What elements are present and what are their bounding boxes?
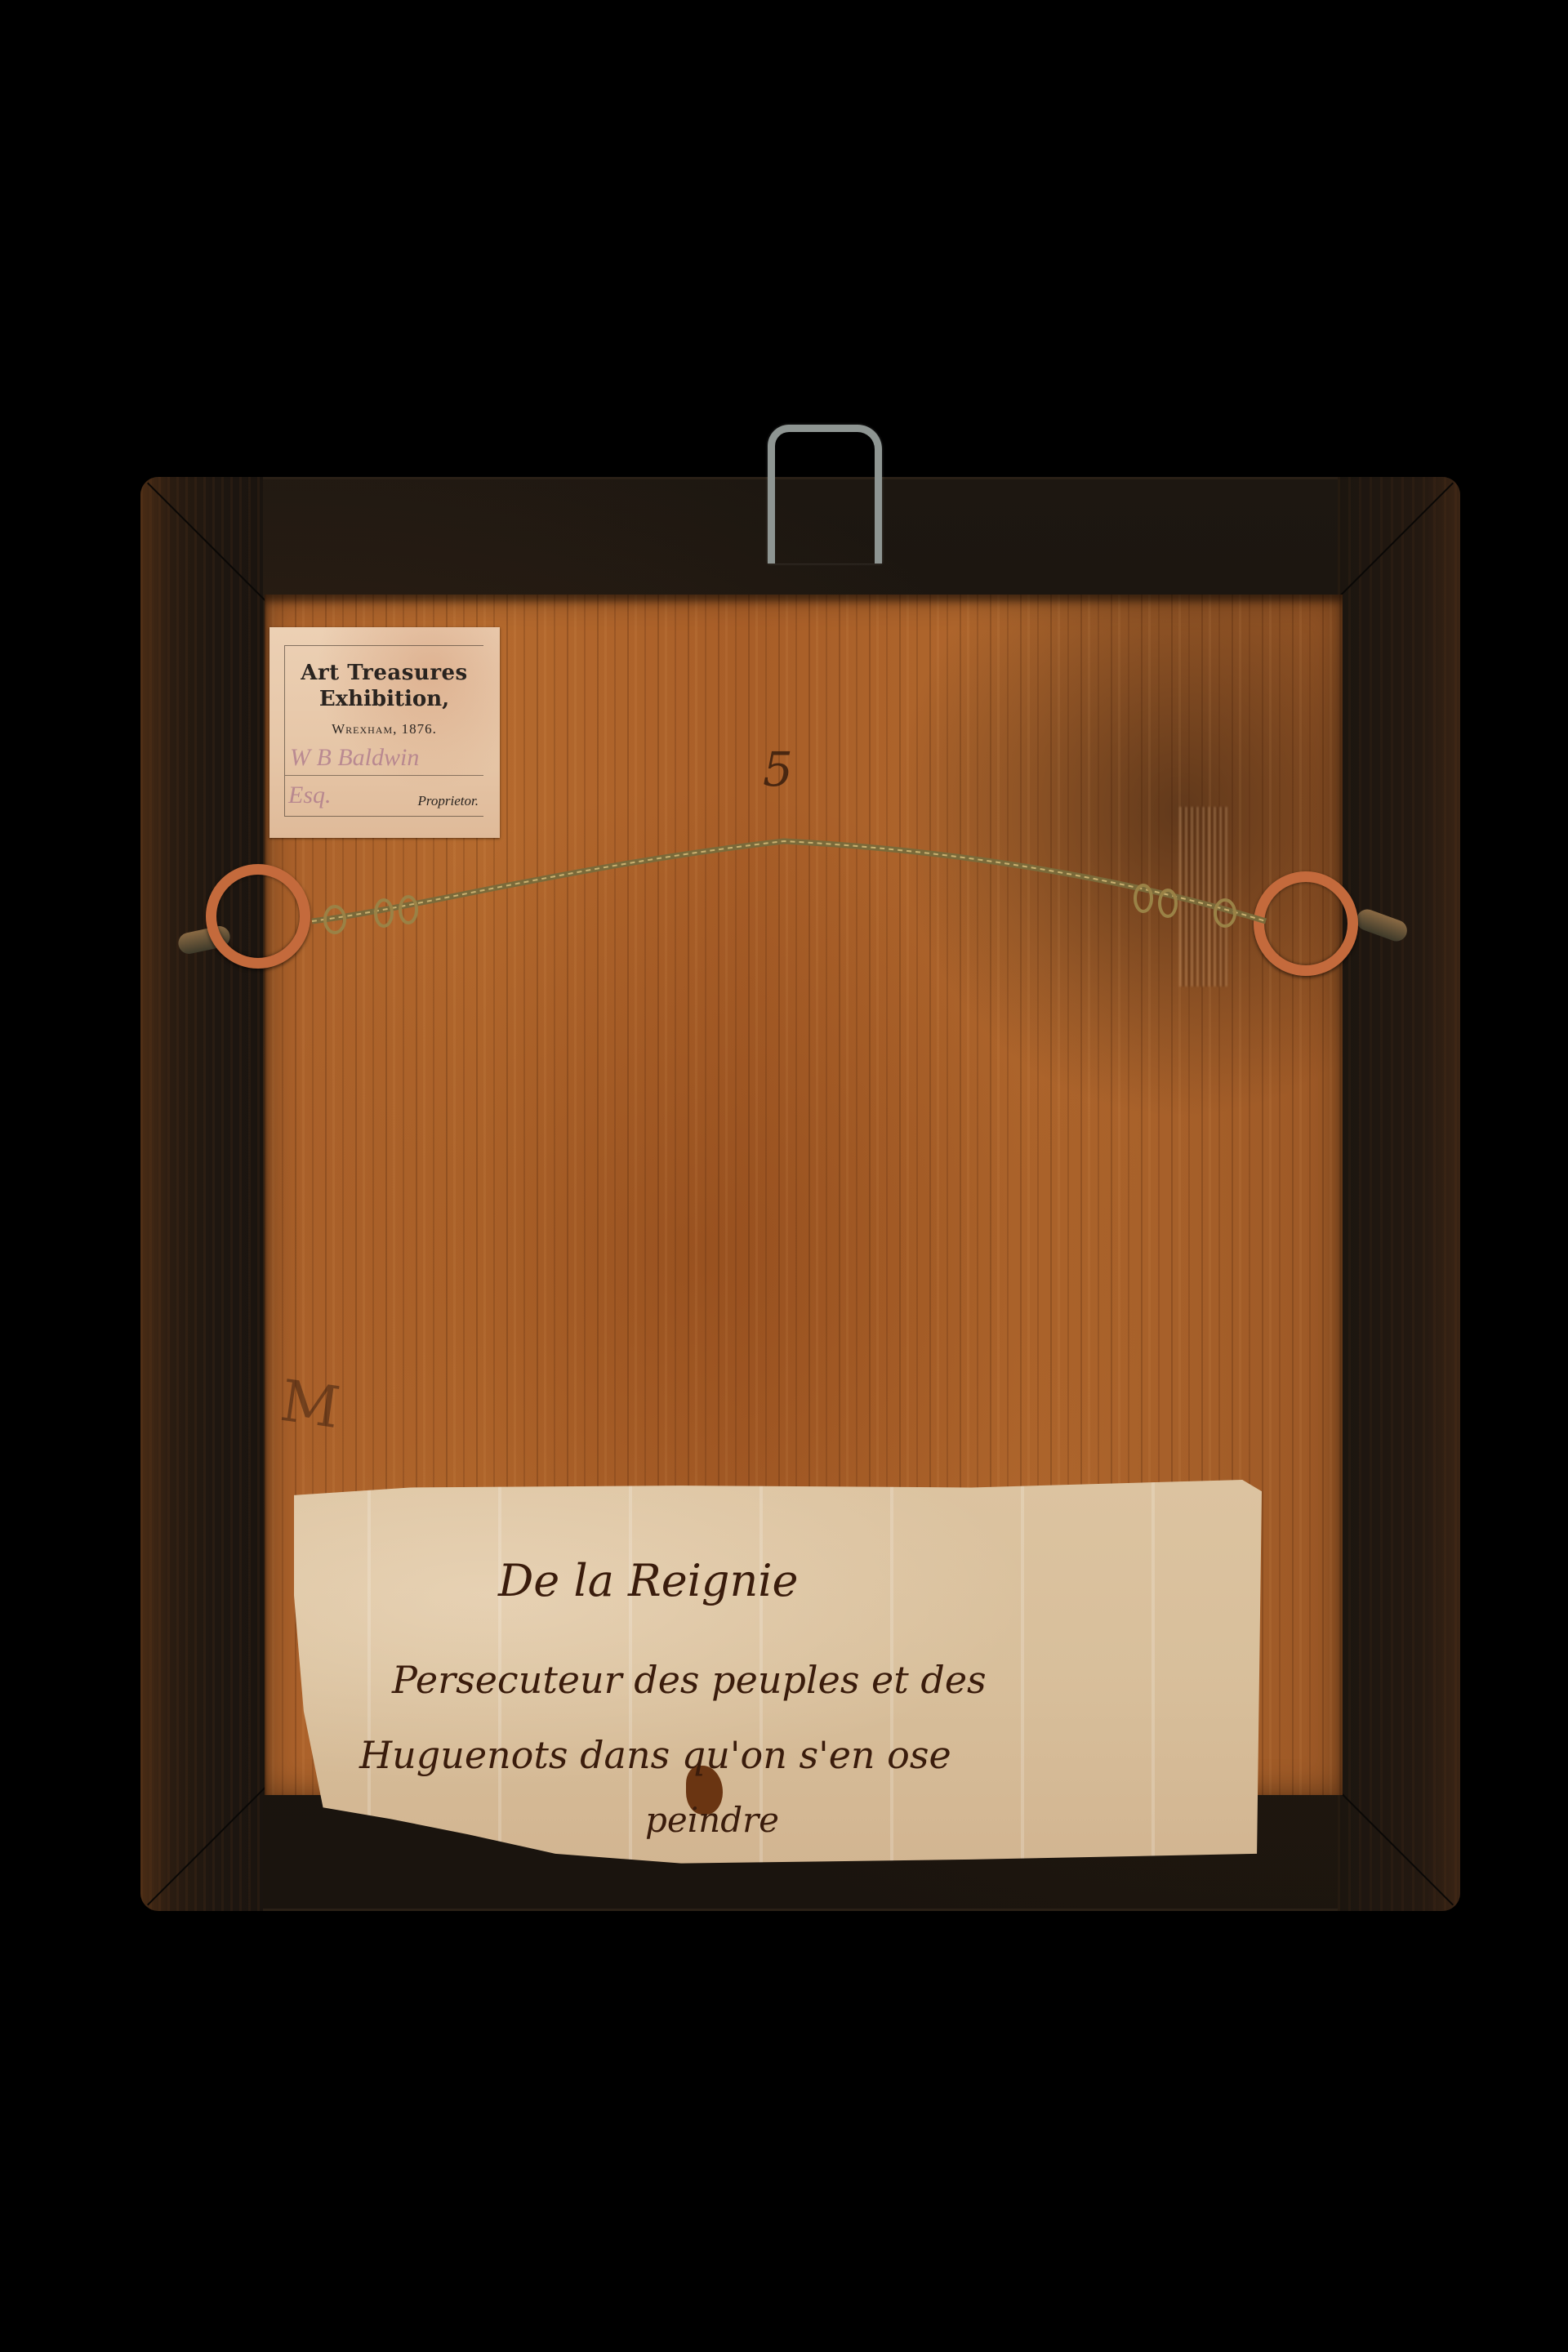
label-border: Art Treasures Exhibition, Wrexham, 1876.… xyxy=(284,645,483,817)
label-role: Proprietor. xyxy=(418,793,479,809)
label-title-line2: Exhibition, xyxy=(285,687,483,711)
note-line: Persecuteur des peuples et des xyxy=(392,1658,987,1702)
label-owner-handwriting: W B Baldwin xyxy=(290,744,419,772)
copper-ring-icon xyxy=(206,864,310,969)
handwritten-note: De la Reignie Persecuteur des peuples et… xyxy=(294,1480,1262,1865)
note-line: peindre xyxy=(645,1800,779,1840)
label-owner-suffix: Esq. xyxy=(288,782,332,809)
pencil-inventory-number: 5 xyxy=(763,742,793,797)
note-line: De la Reignie xyxy=(498,1555,799,1606)
hanging-hook-icon xyxy=(768,425,882,563)
frame-right-rail xyxy=(1338,477,1460,1911)
label-rule xyxy=(285,775,483,776)
wood-split xyxy=(1179,807,1228,987)
note-line: Huguenots dans qu'on s'en ose xyxy=(359,1733,951,1777)
label-title-line1: Art Treasures xyxy=(285,661,483,685)
label-place-date: Wrexham, 1876. xyxy=(285,721,483,737)
pencil-scrawl: M xyxy=(277,1367,339,1441)
copper-ring-icon xyxy=(1254,871,1358,976)
frame-left-rail xyxy=(140,477,263,1911)
exhibition-label: Art Treasures Exhibition, Wrexham, 1876.… xyxy=(269,627,500,838)
